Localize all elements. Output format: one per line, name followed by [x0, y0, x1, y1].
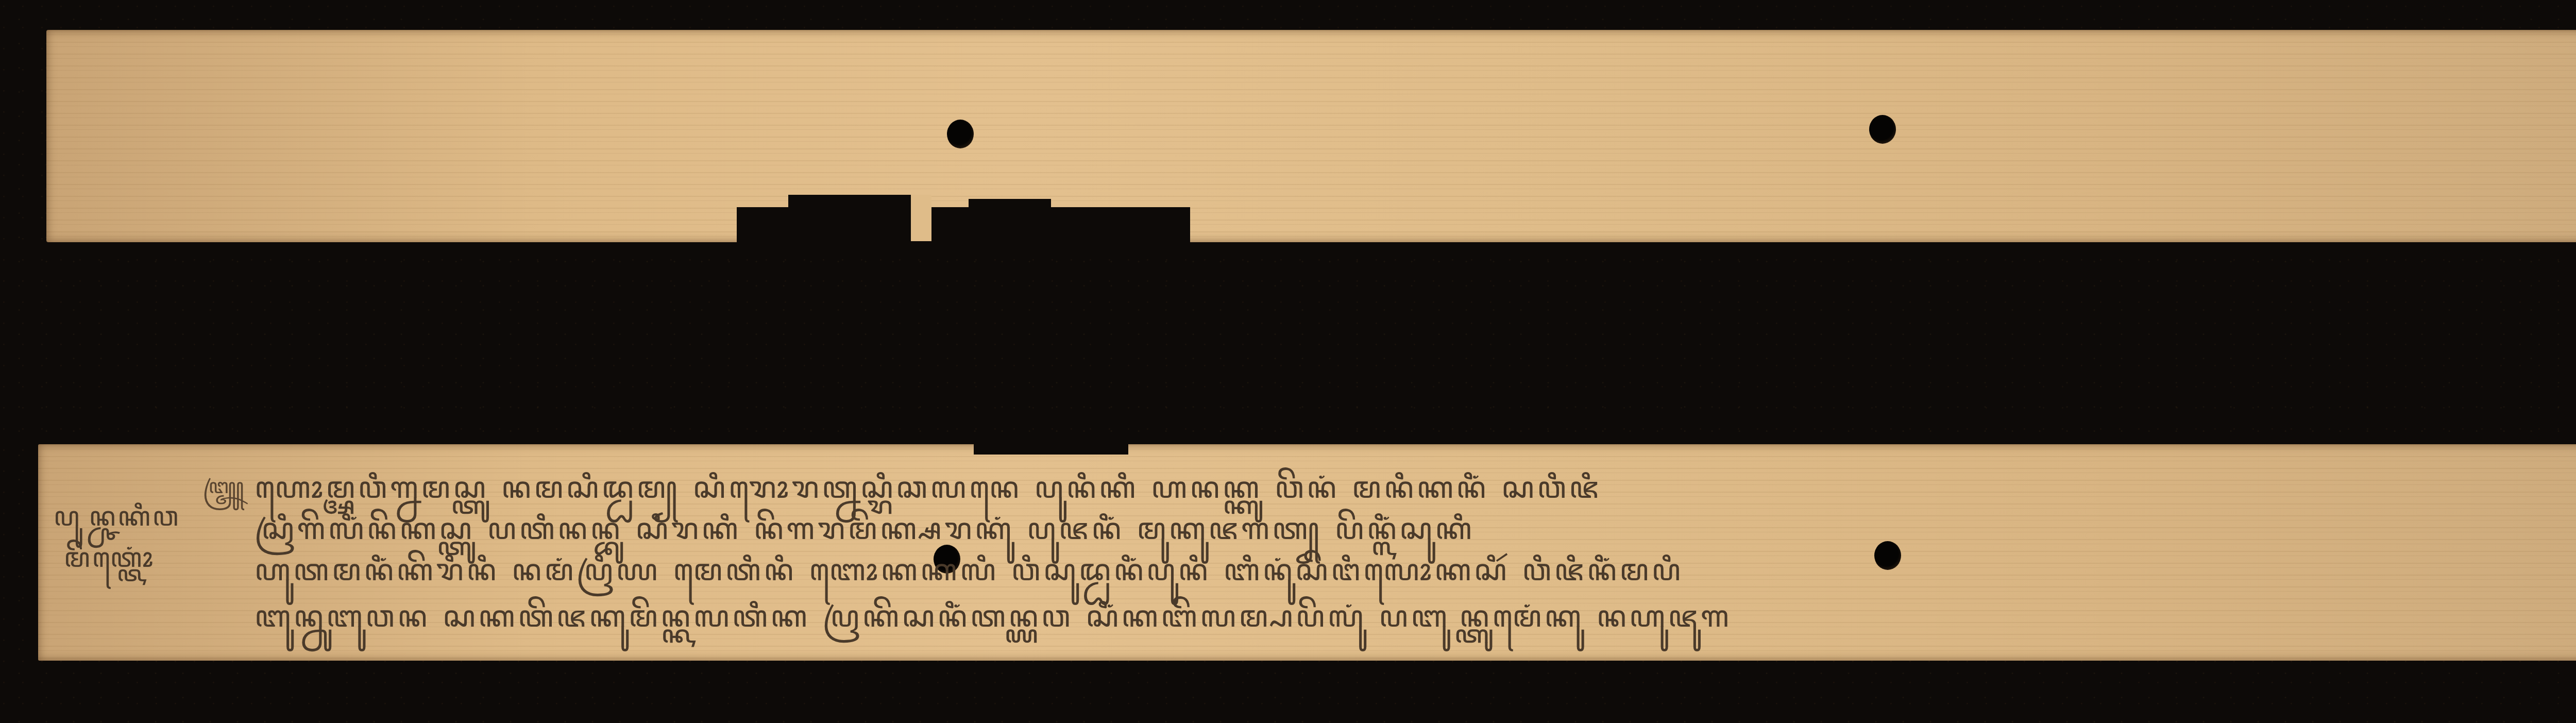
binding-hole-left [947, 120, 974, 148]
palm-leaf-bottom: ꦥꦸꦤ꧀ꦕꦏꦶꦮ ꦩꦼꦠ꧀ꦠꦺꦴꦁ ꧅ ꦲꦺꦴꦩ꧀ꦄꦮꦶꦒ꧀ꦤꦩꦱ꧀ꦠꦸ ꦤꦩꦱ… [38, 444, 2576, 661]
margin-note-line-2: ꦩꦼꦠ꧀ꦠꦺꦴꦁ [64, 537, 155, 592]
script-line-4: ꦧꦸꦤ꧀ꦤꦸꦧꦸꦮꦤ ꦱꦏꦠꦼꦗꦏꦸꦩꦼꦤ꧀ꦏꦭꦠꦶꦏ ꦥꦿꦏꦼꦱꦤꦶꦁꦠꦤ꧀ꦪ… [255, 594, 1732, 654]
binding-hole-right [1874, 541, 1901, 570]
leaf-damage-tear [969, 199, 1051, 214]
leaf-damage-tear [788, 195, 927, 215]
palm-leaf-top [46, 30, 2576, 242]
leaf-fiber-strip [911, 195, 931, 241]
binding-hole-right [1869, 115, 1896, 144]
invocation-ornament: ꧅ [203, 470, 244, 512]
leaf-edge-notch [974, 442, 1128, 455]
